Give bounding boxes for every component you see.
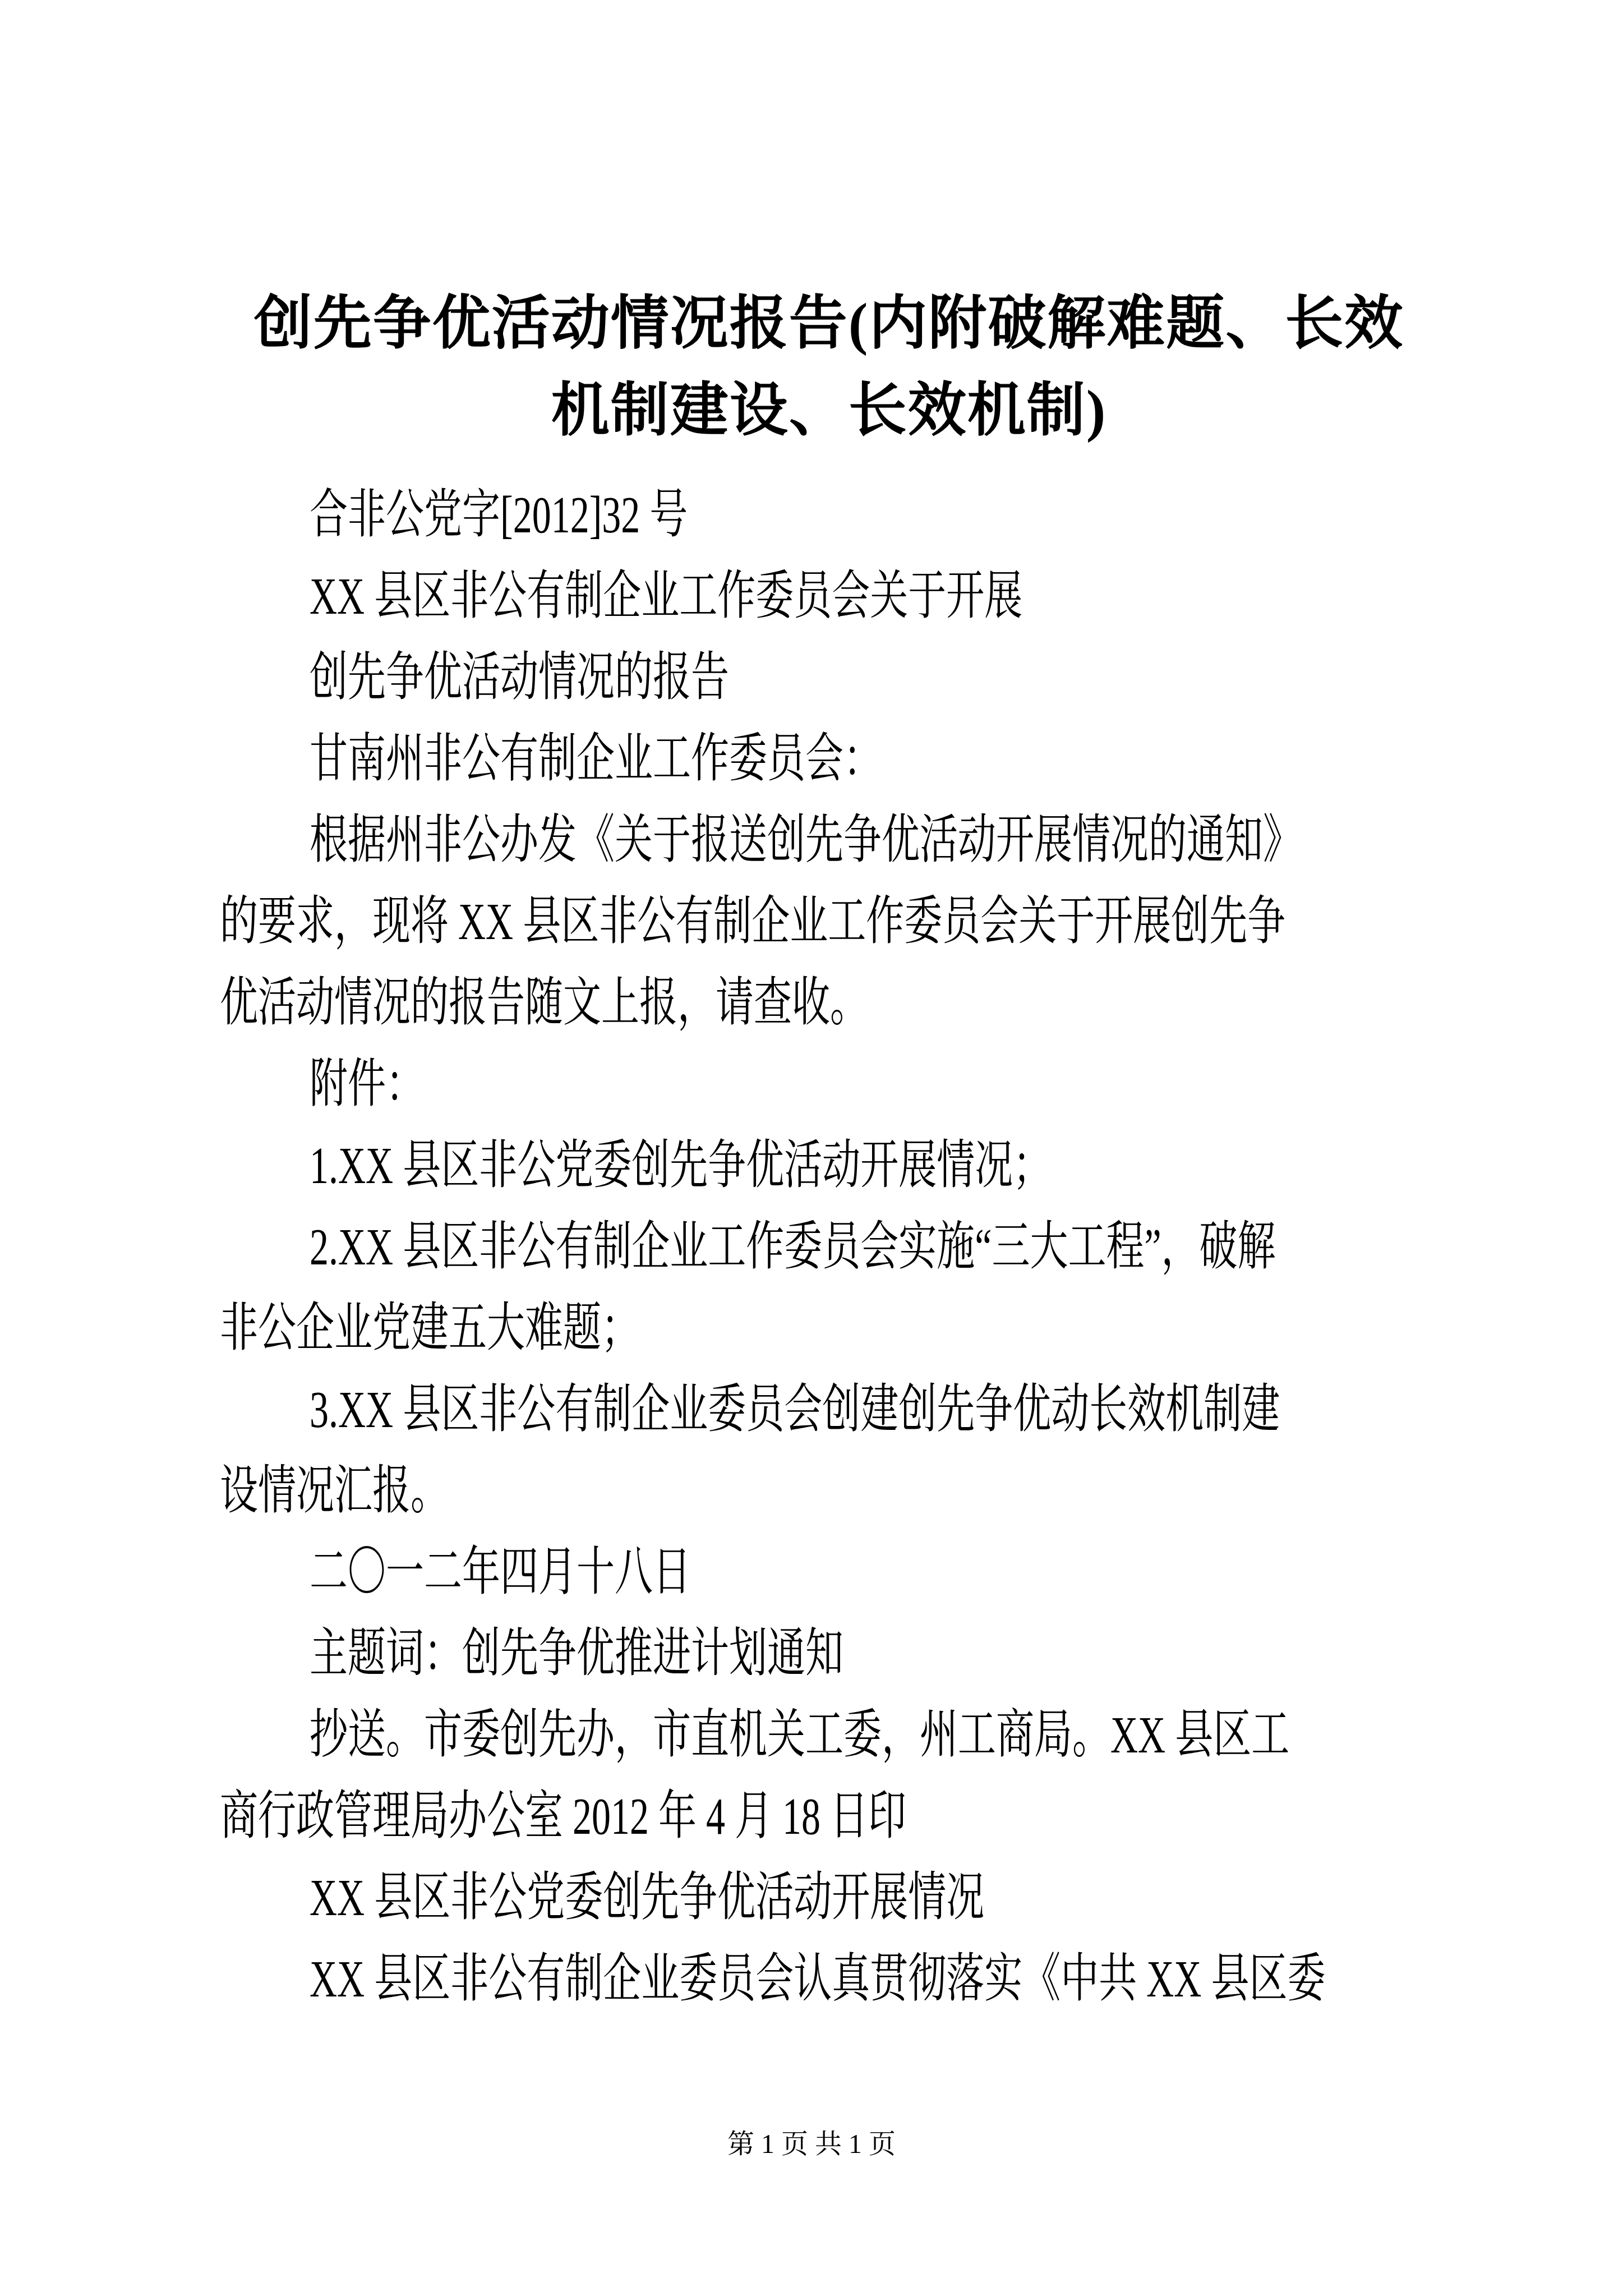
document-title: 创先争优活动情况报告(内附破解难题、长效 机制建设、长效机制) [0,0,1623,454]
document-title-line-2: 机制建设、长效机制) [220,367,1438,454]
document-body: 合非公党字[2012]32 号 XX 县区非公有制企业工作委员会关于开展 创先争… [0,454,1623,2019]
page-footer: 第 1 页 共 1 页 [0,2125,1623,2164]
body-line: XX 县区非公有制企业委员会认真贯彻落实《中共 XX 县区委 [220,1922,1438,2035]
document-page: 创先争优活动情况报告(内附破解难题、长效 机制建设、长效机制) 合非公党字[20… [0,0,1623,2296]
document-title-line-1: 创先争优活动情况报告(内附破解难题、长效 [220,280,1438,367]
